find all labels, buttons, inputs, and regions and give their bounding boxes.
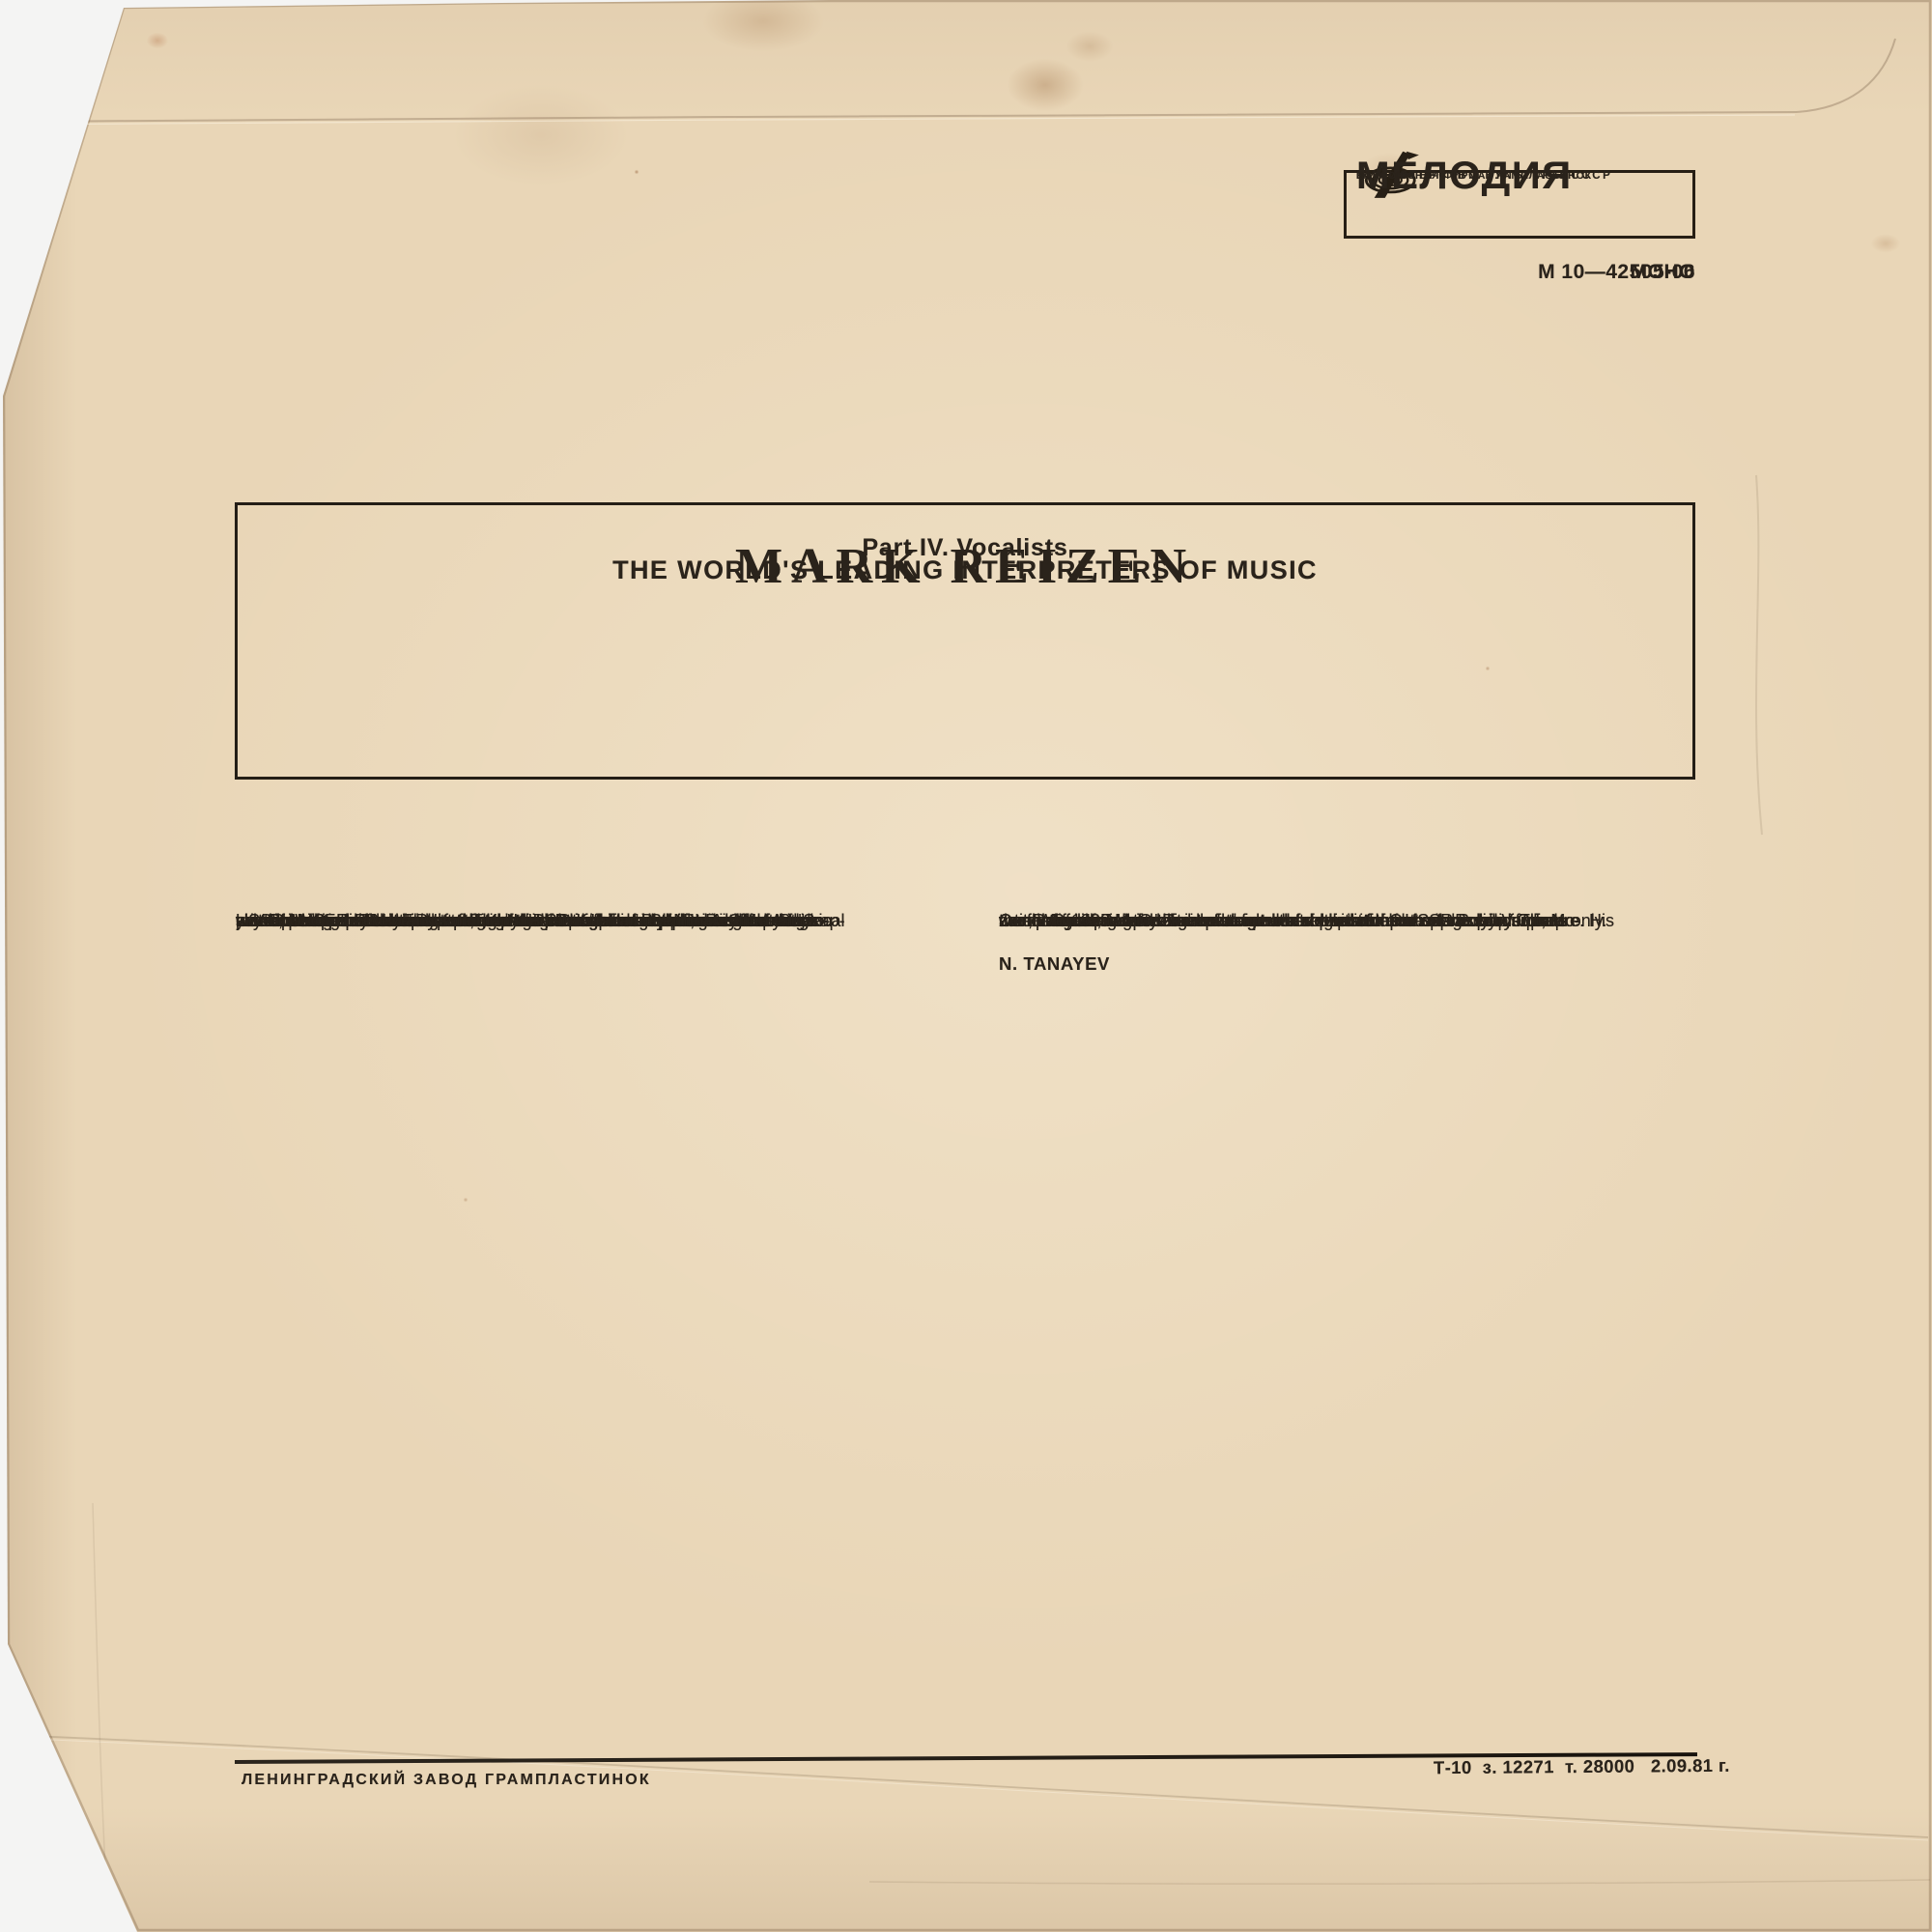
sleeve-back-paper: МИНИСТЕРСТВО КУЛЬТУРЫ СССР МЕЛОДИЯ ВСЕСО… [0,0,1932,1932]
print-run-info: Т-10 з. 12271 т. 28000 2.09.81 г. [1434,1755,1730,1778]
melodiya-label-box: МИНИСТЕРСТВО КУЛЬТУРЫ СССР МЕЛОДИЯ ВСЕСО… [1344,170,1695,239]
text-line: emotion sounds even and soft in any regi… [236,909,822,934]
record-sleeve-scan: МИНИСТЕРСТВО КУЛЬТУРЫ СССР МЕЛОДИЯ ВСЕСО… [0,0,1932,1932]
text-line: means of expression. [999,909,1164,934]
author-signature: N. TANAYEV [999,952,1139,977]
paper-creases [0,0,1932,1932]
firm-line: ВСЕСОЮЗНАЯ ФИРМА ГРАМПЛАСТИНОК [1356,170,1592,182]
pressing-plant: ЛЕНИНГРАДСКИЙ ЗАВОД ГРАМПЛАСТИНОК [241,1772,651,1789]
title-box: THE WORLD'S LEADING INTERPRETERS OF MUSI… [235,502,1695,780]
artist-name: MARK REIZEN [735,538,1195,595]
catalog-number: М 10—42505-06 [1538,261,1695,284]
melodiya-label-text: МИНИСТЕРСТВО КУЛЬТУРЫ СССР МЕЛОДИЯ ВСЕСО… [1347,173,1364,179]
